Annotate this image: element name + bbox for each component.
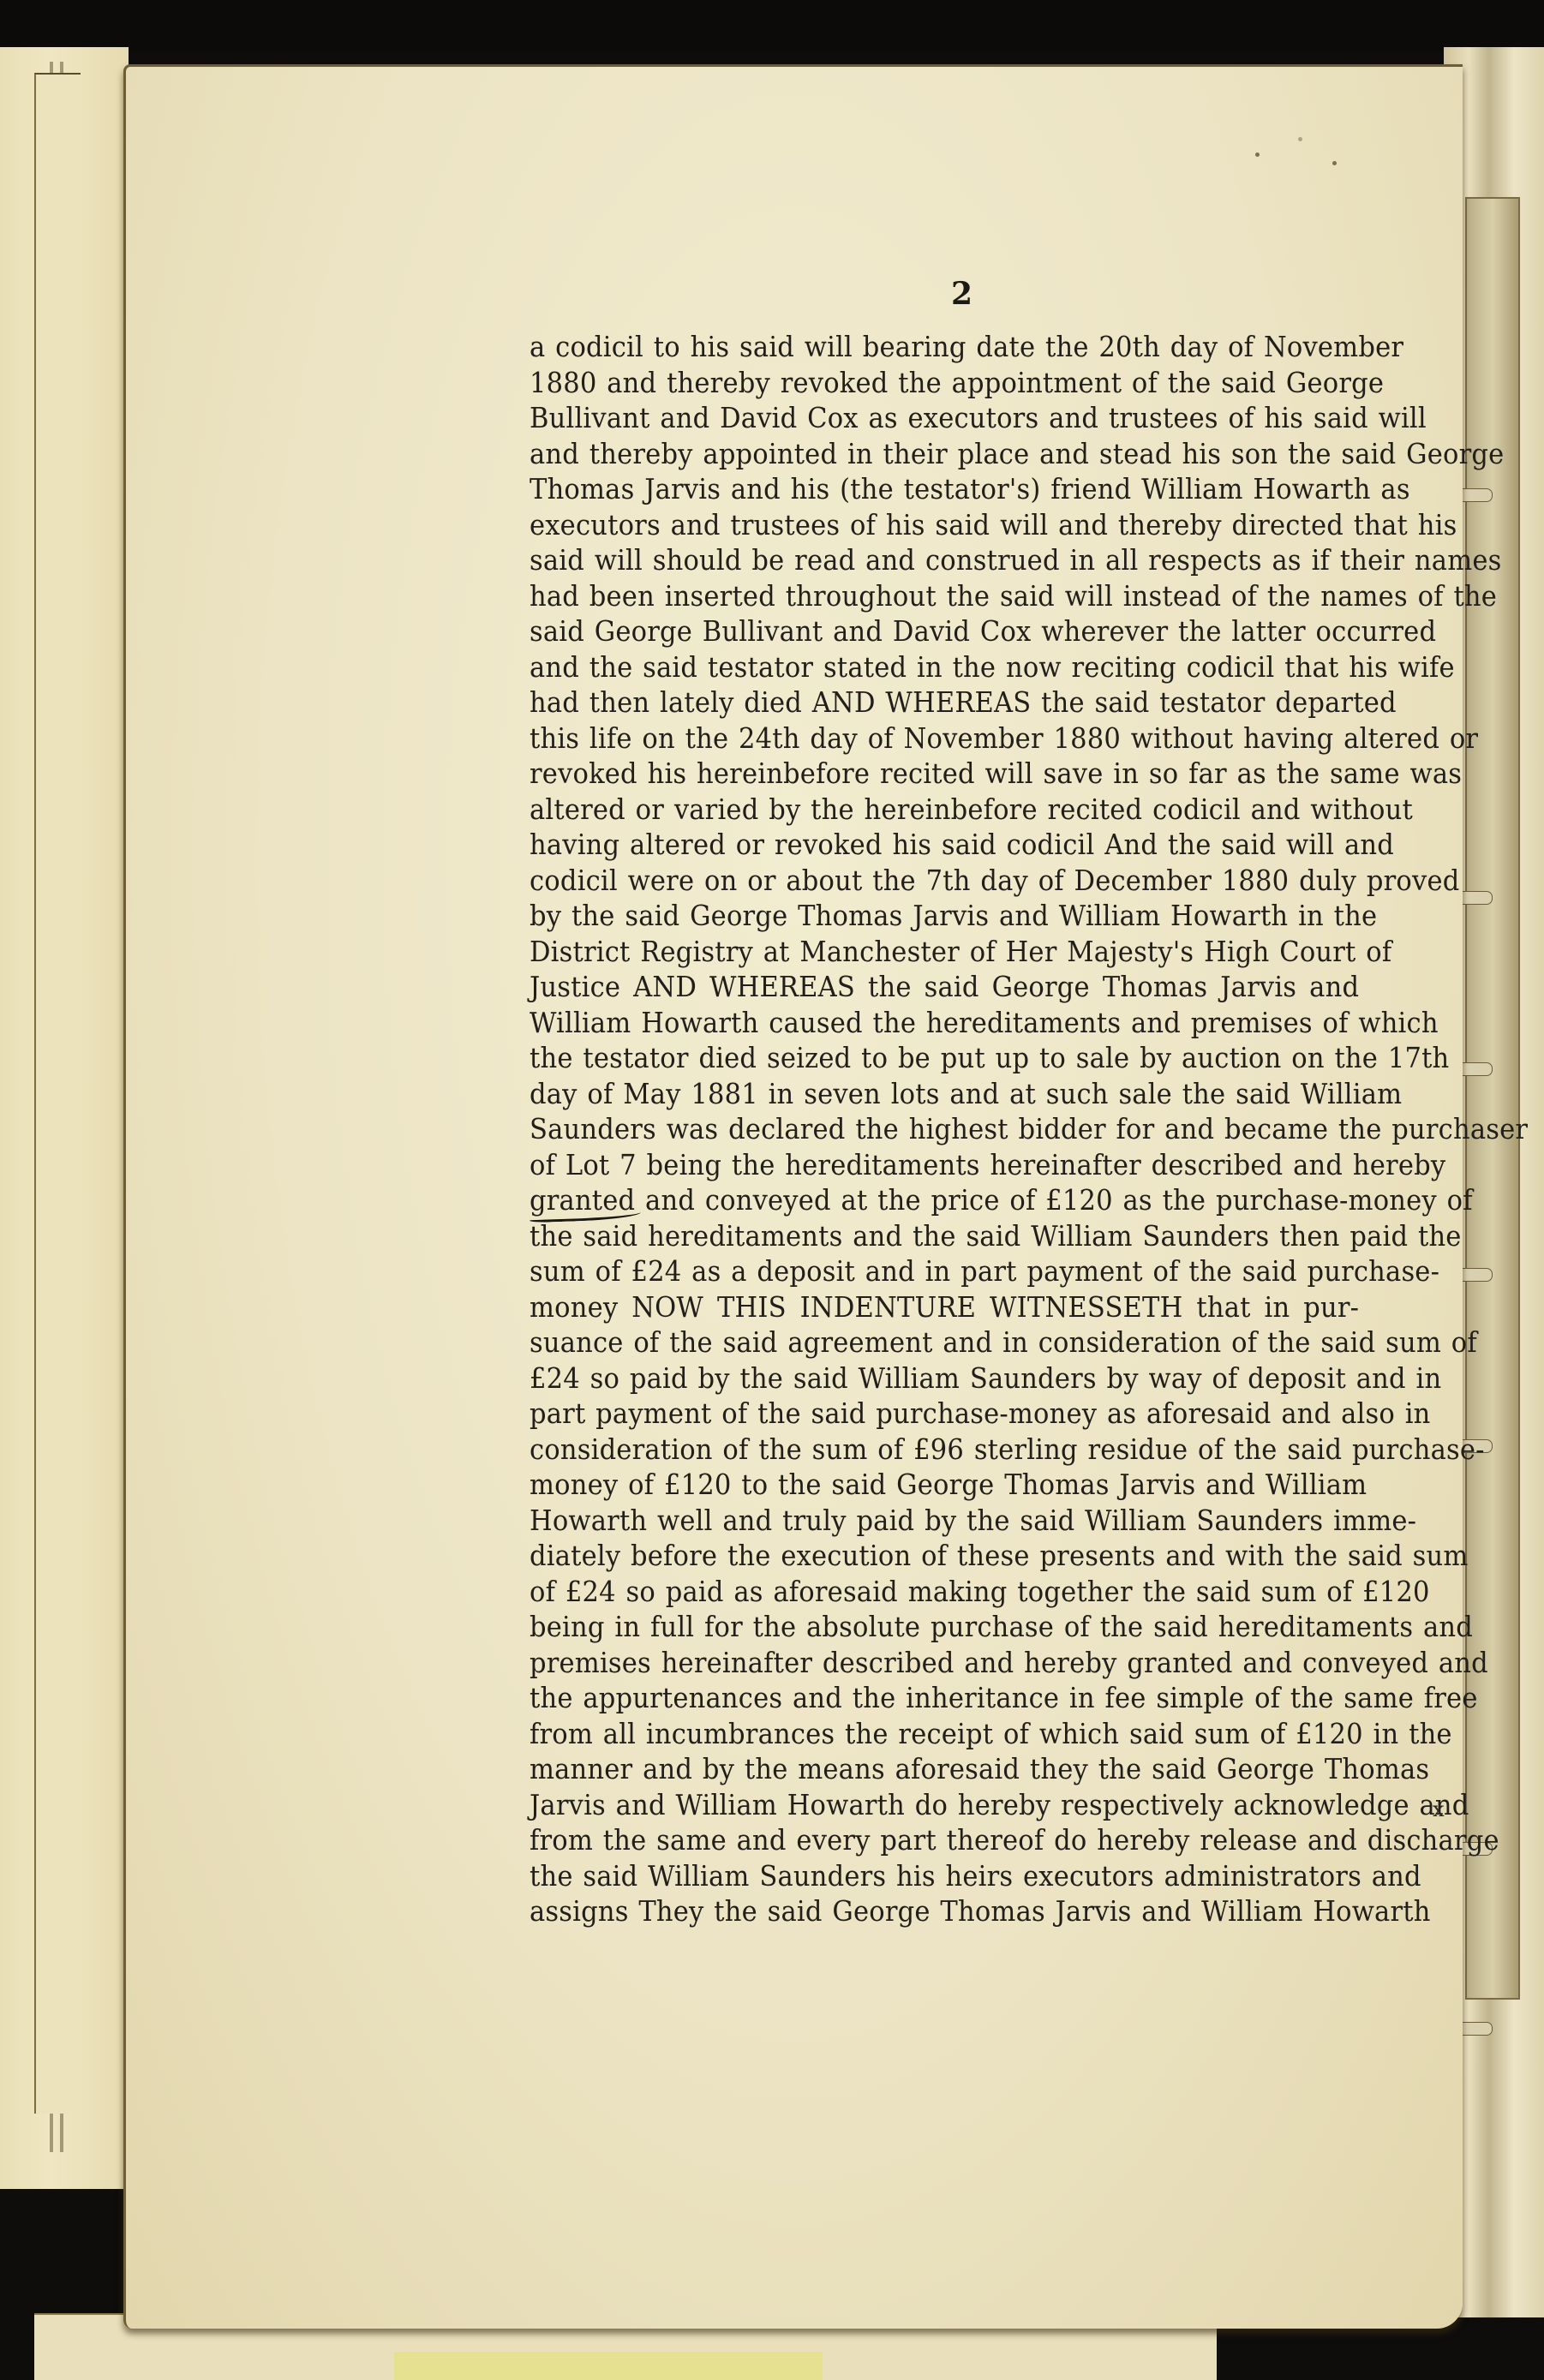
text-line: premises hereinafter described and hereb… bbox=[530, 1646, 1359, 1682]
text-line: said will should be read and construed i… bbox=[530, 543, 1359, 579]
text-line: William Howarth caused the hereditaments… bbox=[530, 1006, 1359, 1042]
text-line: Justice AND WHEREAS the said George Thom… bbox=[530, 970, 1359, 1006]
foxing-spot bbox=[1332, 161, 1337, 165]
text-line: the testator died seized to be put up to… bbox=[530, 1041, 1359, 1077]
text-line: 1880 and thereby revoked the appointment… bbox=[530, 366, 1359, 402]
text-line: Thomas Jarvis and his (the testator's) f… bbox=[530, 472, 1359, 508]
text-line: the said William Saunders his heirs exec… bbox=[530, 1859, 1359, 1895]
text-line: had then lately died AND WHEREAS the sai… bbox=[530, 685, 1359, 721]
page-number: 2 bbox=[951, 276, 972, 312]
text-line: codicil were on or about the 7th day of … bbox=[530, 864, 1359, 900]
text-line: part payment of the said purchase-money … bbox=[530, 1396, 1359, 1432]
text-line: and thereby appointed in their place and… bbox=[530, 437, 1359, 473]
text-line: money NOW THIS INDENTURE WITNESSETH that… bbox=[530, 1290, 1359, 1326]
text-line: manner and by the means aforesaid they t… bbox=[530, 1752, 1359, 1788]
text-line: from all incumbrances the receipt of whi… bbox=[530, 1717, 1359, 1753]
foxing-spot bbox=[1298, 137, 1302, 141]
text-line: of £24 so paid as aforesaid making toget… bbox=[530, 1575, 1359, 1611]
text-line: £24 so paid by the said William Saunders… bbox=[530, 1361, 1359, 1397]
text-line: having altered or revoked his said codic… bbox=[530, 828, 1359, 864]
text-line: diately before the execution of these pr… bbox=[530, 1539, 1359, 1575]
text-line: and the said testator stated in the now … bbox=[530, 650, 1359, 686]
text-line: money of £120 to the said George Thomas … bbox=[530, 1468, 1359, 1504]
text-line: Bullivant and David Cox as executors and… bbox=[530, 401, 1359, 437]
text-line: Howarth well and truly paid by the said … bbox=[530, 1504, 1359, 1540]
text-line: the appurtenances and the inheritance in… bbox=[530, 1681, 1359, 1717]
text-line: Saunders was declared the highest bidder… bbox=[530, 1112, 1359, 1148]
text-line: granted and conveyed at the price of £12… bbox=[530, 1183, 1359, 1219]
text-line: assigns They the said George Thomas Jarv… bbox=[530, 1894, 1359, 1930]
text-line: the said hereditaments and the said Will… bbox=[530, 1219, 1359, 1255]
foxing-spot bbox=[1255, 152, 1260, 157]
text-line: being in full for the absolute purchase … bbox=[530, 1610, 1359, 1646]
text-line: day of May 1881 in seven lots and at suc… bbox=[530, 1077, 1359, 1113]
text-line: had been inserted throughout the said wi… bbox=[530, 579, 1359, 615]
text-line: by the said George Thomas Jarvis and Wil… bbox=[530, 899, 1359, 935]
text-line: said George Bullivant and David Cox wher… bbox=[530, 614, 1359, 650]
text-line: sum of £24 as a deposit and in part paym… bbox=[530, 1254, 1359, 1290]
text-line: Jarvis and William Howarth do hereby res… bbox=[530, 1788, 1359, 1824]
text-line: a codicil to his said will bearing date … bbox=[530, 330, 1359, 366]
text-line: suance of the said agreement and in cons… bbox=[530, 1325, 1359, 1361]
underlying-page-edge bbox=[34, 73, 81, 2114]
text-line: executors and trustees of his said will … bbox=[530, 508, 1359, 544]
text-line: of Lot 7 being the hereditaments hereina… bbox=[530, 1148, 1359, 1184]
pencil-x-mark: x bbox=[1433, 1797, 1445, 1821]
document-body: a codicil to his said will bearing date … bbox=[530, 330, 1412, 1930]
text-line: altered or varied by the hereinbefore re… bbox=[530, 792, 1359, 828]
yellow-sticky-tab bbox=[394, 2352, 823, 2380]
dark-backdrop bbox=[0, 0, 1544, 51]
text-line: consideration of the sum of £96 sterling… bbox=[530, 1432, 1359, 1468]
text-line: from the same and every part thereof do … bbox=[530, 1823, 1359, 1859]
text-line: District Registry at Manchester of Her M… bbox=[530, 935, 1359, 971]
text-line: revoked his hereinbefore recited will sa… bbox=[530, 756, 1359, 792]
text-line: this life on the 24th day of November 18… bbox=[530, 721, 1359, 757]
